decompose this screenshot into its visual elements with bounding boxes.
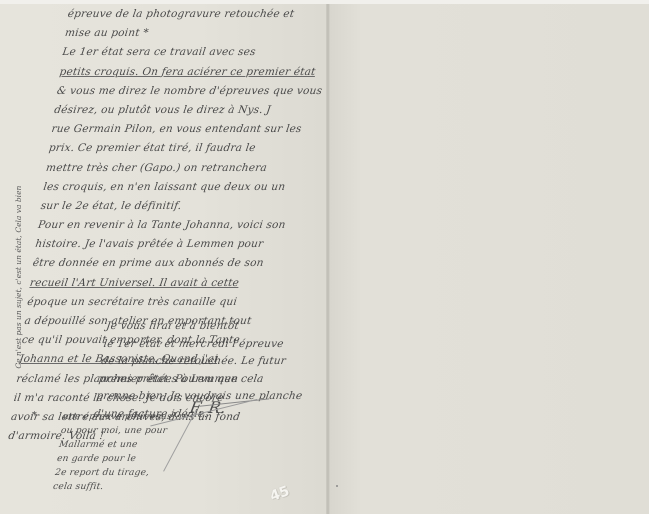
letter-spread: épreuve de la photogravure retouchée et … bbox=[0, 0, 649, 514]
margin-note-line: Cela va bien bbox=[14, 186, 23, 233]
body-line: les croquis, en n'en laissant que deux o… bbox=[42, 178, 330, 197]
body-line: prix. Ce premier état tiré, il faudra le bbox=[47, 139, 335, 158]
body-line: & vous me direz le nombre d'épreuves que… bbox=[56, 82, 344, 101]
body-line: mettre très cher (Gapo.) on retranchera bbox=[45, 159, 333, 178]
body-line: petits croquis. On fera aciérer ce premi… bbox=[58, 63, 346, 82]
body-line: Le 1er état sera ce travail avec ses bbox=[61, 43, 349, 62]
postscript-line: Mallarmé et une bbox=[58, 438, 169, 452]
postscript: une épreuve pour vous ou pour moi, une p… bbox=[52, 410, 173, 494]
postscript-marker: * bbox=[32, 410, 37, 421]
body-line: Pour en revenir à la Tante Johanna, voic… bbox=[37, 216, 325, 235]
body-line: désirez, ou plutôt vous le direz à Nys. … bbox=[53, 101, 341, 120]
body-line: rue Germain Pilon, en vous entendant sur… bbox=[50, 120, 338, 139]
body-line: épreuve de la photogravure retouchée et bbox=[66, 5, 354, 24]
margin-note-line: c'est un état, bbox=[14, 235, 23, 284]
postscript-line: une épreuve pour vous bbox=[62, 410, 173, 424]
margin-note-line: Ce n'est pas un sujet, bbox=[14, 287, 23, 369]
closing-line: de la planche retouchée. Le futur bbox=[100, 353, 308, 371]
right-page-blank bbox=[330, 4, 649, 514]
paper-speck bbox=[336, 485, 338, 487]
body-line: histoire. Je l'avais prêtée à Lemmen pou… bbox=[34, 235, 322, 254]
closing-line: le 1er état et mercredi l'épreuve bbox=[102, 336, 310, 354]
closing-line: premier état. Pourvu que cela bbox=[98, 371, 306, 389]
body-line: recueil l'Art Universel. Il avait à cett… bbox=[29, 274, 317, 293]
body-line: époque un secrétaire très canaille qui bbox=[26, 293, 314, 312]
postscript-line: ou pour moi, une pour bbox=[60, 424, 171, 438]
closing-line: Je vous lirai et à bientôt bbox=[105, 318, 313, 336]
body-line: mise au point * bbox=[64, 24, 352, 43]
postscript-line: 2e report du tirage, bbox=[54, 466, 165, 480]
postscript-line: en garde pour le bbox=[56, 452, 167, 466]
body-line: sur le 2e état, le définitif. bbox=[39, 197, 327, 216]
body-line: être donnée en prime aux abonnés de son bbox=[31, 254, 319, 273]
postscript-line: cela suffit. bbox=[52, 480, 163, 494]
margin-note: Ce n'est pas un sujet, c'est un état, Ce… bbox=[14, 186, 23, 369]
